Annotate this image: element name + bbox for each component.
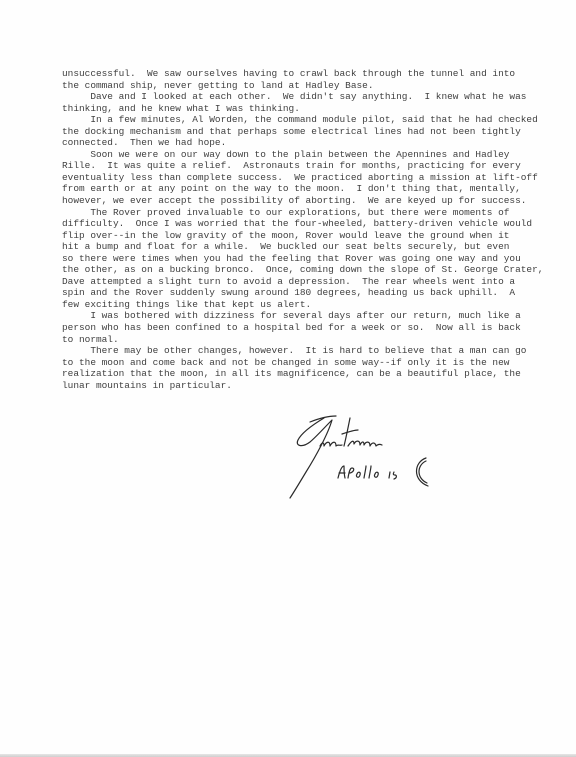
text-line: unsuccessful. We saw ourselves having to… — [62, 68, 562, 80]
signature-block — [280, 400, 440, 510]
text-line: so there were times when you had the fee… — [62, 253, 562, 265]
text-line: spin and the Rover suddenly swung around… — [62, 287, 562, 299]
text-line: the other, as on a bucking bronco. Once,… — [62, 264, 562, 276]
text-line: to normal. — [62, 334, 562, 346]
signature-apollo — [338, 466, 378, 478]
text-line: to the moon and come back and not be cha… — [62, 357, 562, 369]
signature-rwin — [348, 441, 382, 446]
handwritten-signature — [280, 400, 440, 510]
text-line: flip over--in the low gravity of the moo… — [62, 230, 562, 242]
signature-15 — [389, 472, 396, 479]
text-line: The Rover proved invaluable to our explo… — [62, 207, 562, 219]
signature-j-stroke — [290, 418, 332, 498]
text-line: however, we ever accept the possibility … — [62, 195, 562, 207]
text-line: difficulty. Once I was worried that the … — [62, 218, 562, 230]
text-line: from earth or at any point on the way to… — [62, 183, 562, 195]
text-line: Dave attempted a slight turn to avoid a … — [62, 276, 562, 288]
text-line: lunar mountains in particular. — [62, 380, 562, 392]
text-line: the command ship, never getting to land … — [62, 80, 562, 92]
text-line: thinking, and he knew what I was thinkin… — [62, 103, 562, 115]
text-line: In a few minutes, Al Worden, the command… — [62, 114, 562, 126]
text-line: There may be other changes, however. It … — [62, 345, 562, 357]
letter-page: unsuccessful. We saw ourselves having to… — [0, 0, 576, 757]
text-line: the docking mechanism and that perhaps s… — [62, 126, 562, 138]
signature-im — [320, 442, 342, 446]
text-line: person who has been confined to a hospit… — [62, 322, 562, 334]
text-line: realization that the moon, in all its ma… — [62, 368, 562, 380]
text-line: eventuality less than complete success. … — [62, 172, 562, 184]
text-line: few exciting things like that kept us al… — [62, 299, 562, 311]
text-line: hit a bump and float for a while. We buc… — [62, 241, 562, 253]
letter-body: unsuccessful. We saw ourselves having to… — [62, 68, 562, 391]
text-line: Dave and I looked at each other. We didn… — [62, 91, 562, 103]
signature-i-cross — [342, 430, 358, 434]
text-line: Soon we were on our way down to the plai… — [62, 149, 562, 161]
text-line: I was bothered with dizziness for severa… — [62, 310, 562, 322]
crescent-moon-icon — [417, 458, 429, 486]
text-line: connected. Then we had hope. — [62, 137, 562, 149]
text-line: Rille. It was quite a relief. Astronauts… — [62, 160, 562, 172]
